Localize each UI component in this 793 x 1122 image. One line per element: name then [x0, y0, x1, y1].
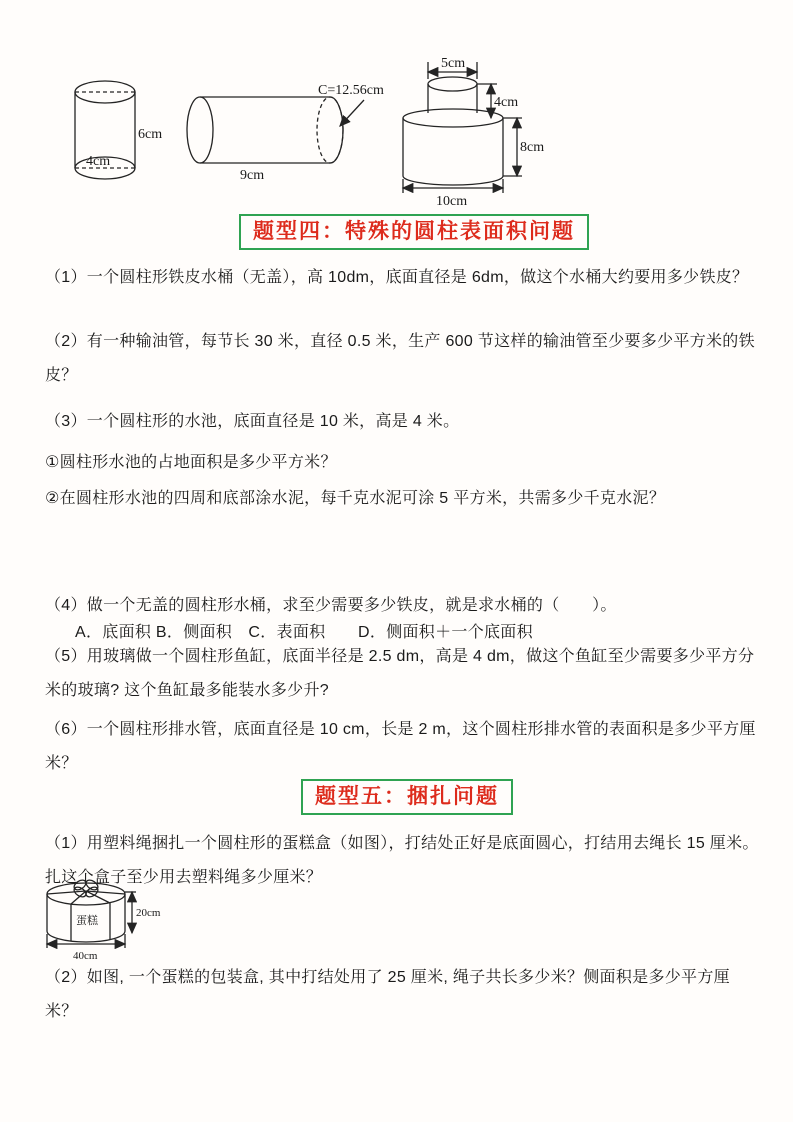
section4-title: 题型四：特殊的圆柱表面积问题	[253, 220, 575, 243]
cylinder-diameter-label: 4cm	[86, 154, 110, 169]
section5-title-box: 题型五：捆扎问题	[301, 779, 513, 815]
horizontal-cylinder-figure: C=12.56cm 9cm	[178, 80, 390, 185]
problem-5-2: （2）如图, 一个蛋糕的包装盒, 其中打结处用了 25 厘米, 绳子共长多少米？…	[45, 961, 759, 1029]
circumference-label: C=12.56cm	[318, 83, 384, 98]
problem-4-2: （2）有一种输油管，每节长 30 米，直径 0.5 米，生产 600 节这样的输…	[45, 325, 759, 393]
section4-title-box: 题型四：特殊的圆柱表面积问题	[239, 214, 589, 250]
two-tier-cylinder-figure: 5cm 4cm 8cm 10cm	[398, 52, 576, 208]
problem-4-5: （5）用玻璃做一个圆柱形鱼缸，底面半径是 2.5 dm，高是 4 dm，做这个鱼…	[45, 640, 759, 708]
problem-4-1: （1）一个圆柱形铁皮水桶（无盖），高 10dm，底面直径是 6dm，做这个水桶大…	[45, 261, 759, 295]
cylinder-height-label: 6cm	[138, 127, 162, 142]
cake-label: 蛋糕	[76, 913, 99, 927]
top-height-label: 4cm	[494, 95, 518, 110]
upright-cylinder-figure: 6cm 4cm	[58, 76, 183, 208]
problem-4-3-sub1: ①圆柱形水池的占地面积是多少平方米？	[45, 446, 759, 480]
problem-4-3: （3）一个圆柱形的水池，底面直径是 10 米，高是 4 米。	[45, 405, 759, 439]
cake-box-figure: 蛋糕 20cm 40cm	[38, 880, 170, 962]
problem-4-3-sub2: ②在圆柱形水池的四周和底部涂水泥，每千克水泥可涂 5 平方米，共需多少千克水泥？	[45, 482, 759, 516]
top-diameter-label: 5cm	[441, 56, 465, 71]
problem-4-6: （6）一个圆柱形排水管，底面直径是 10 cm，长是 2 m，这个圆柱形排水管的…	[45, 713, 759, 781]
worksheet-page: 6cm 4cm C=12.56cm 9cm 5cm 4cm	[0, 0, 793, 1122]
length-label: 9cm	[240, 168, 264, 183]
cake-height-label: 20cm	[136, 907, 161, 919]
bottom-diameter-label: 10cm	[436, 194, 467, 209]
bottom-height-label: 8cm	[520, 140, 544, 155]
section5-title: 题型五：捆扎问题	[315, 785, 499, 808]
